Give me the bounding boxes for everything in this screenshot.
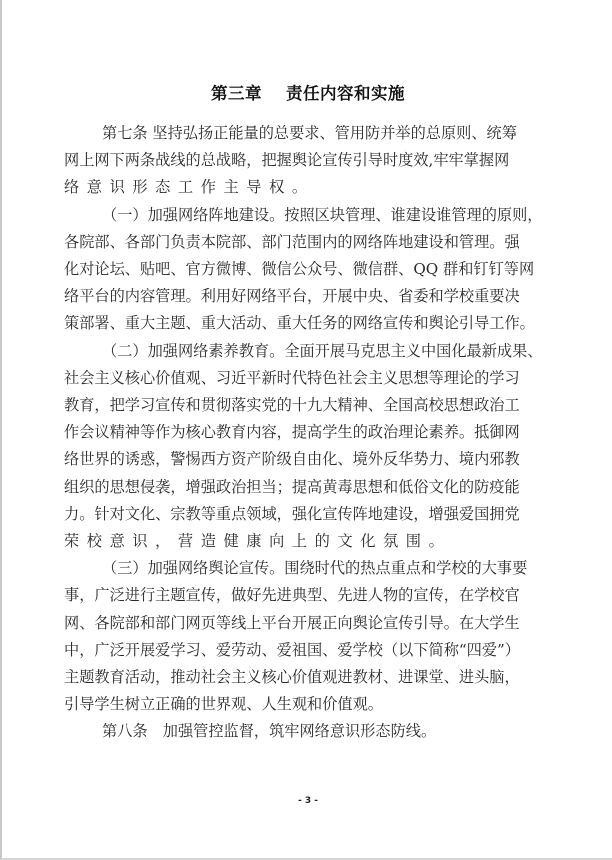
document-page: 第三章责任内容和实施 第七条 坚持弘扬正能量的总要求、管用防并举的总原则、统筹 … xyxy=(0,0,612,860)
text-line: 络平台的内容管理。利用好网络平台，开展中央、省委和学校重要决 xyxy=(64,283,560,310)
text-line: 作会议精神等作为核心教育内容，提高学生的政治理论素养。抵御网 xyxy=(64,419,560,446)
text-line: 力。针对文化、宗教等重点领域，强化宣传阵地建设，增强爱国拥党 xyxy=(64,501,560,528)
text-line: 网、各院部和部门网页等线上平台开展正向舆论宣传引导。在大学生 xyxy=(64,610,560,637)
chapter-title: 第三章责任内容和实施 xyxy=(2,80,612,104)
chapter-number: 第三章 xyxy=(211,84,262,103)
text-line: 教育，把学习宣传和贯彻落实党的十九大精神、全国高校思想政治工 xyxy=(64,392,560,419)
text-line: （一）加强网络阵地建设。按照区块管理、谁建设谁管理的原则， xyxy=(64,202,560,229)
text-line: （三）加强网络舆论宣传。围绕时代的热点重点和学校的大事要 xyxy=(64,555,560,582)
text-line: 化对论坛、贴吧、官方微博、微信公众号、微信群、QQ 群和钉钉等网 xyxy=(64,256,560,283)
text-line: 策部署、重大主题、重大活动、重大任务的网络宣传和舆论引导工作。 xyxy=(64,310,560,337)
text-line: 第八条 加强管控监督，筑牢网络意识形态防线。 xyxy=(64,718,560,745)
text-line: （二）加强网络素养教育。全面开展马克思主义中国化最新成果、 xyxy=(64,338,560,365)
text-line: 组织的思想侵袭，增强政治担当；提高黄毒思想和低俗文化的防疫能 xyxy=(64,474,560,501)
text-line: 引导学生树立正确的世界观、人生观和价值观。 xyxy=(64,691,560,718)
text-line: 事，广泛进行主题宣传，做好先进典型、先进人物的宣传，在学校官 xyxy=(64,582,560,609)
page-number: - 3 - xyxy=(2,796,612,806)
text-line: 主题教育活动，推动社会主义核心价值观进教材、进课堂、进头脑， xyxy=(64,664,560,691)
body-text: 第七条 坚持弘扬正能量的总要求、管用防并举的总原则、统筹 网上网下两条战线的总战… xyxy=(64,120,560,746)
chapter-name: 责任内容和实施 xyxy=(286,84,405,103)
text-line: 各院部、各部门负责本院部、部门范围内的网络阵地建设和管理。强 xyxy=(64,229,560,256)
text-line: 网上网下两条战线的总战略，把握舆论宣传引导时度效,牢牢掌握网 xyxy=(64,147,560,174)
text-line: 络世界的诱惑，警惕西方资产阶级自由化、境外反华势力、境内邪教 xyxy=(64,446,560,473)
text-line: 中，广泛开展爱学习、爱劳动、爱祖国、爱学校（以下简称“四爱”） xyxy=(64,637,560,664)
text-line: 荣校意识，营造健康向上的文化氛围。 xyxy=(64,528,560,555)
text-line: 社会主义核心价值观、习近平新时代特色社会主义思想等理论的学习 xyxy=(64,365,560,392)
text-line: 第七条 坚持弘扬正能量的总要求、管用防并举的总原则、统筹 xyxy=(64,120,560,147)
text-line: 络意识形态工作主导权。 xyxy=(64,174,560,201)
